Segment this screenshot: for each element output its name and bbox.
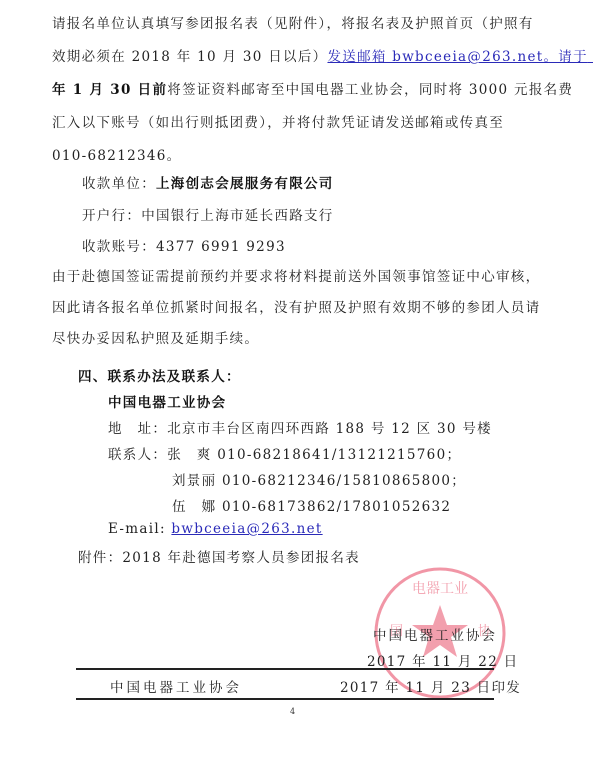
divider-bottom <box>76 698 494 700</box>
contact-org: 中国电器工业协会 <box>108 391 226 411</box>
text-line: 尽快办妥因私护照及延期手续。 <box>52 327 259 347</box>
footer-issue-date: 2017 年 11 月 23 日印发 <box>340 676 521 696</box>
footer-issuer: 中国电器工业协会 <box>110 676 242 696</box>
contact-person-2: 刘景丽 010-68212346/15810865800； <box>172 469 466 489</box>
text-line: 请报名单位认真填写参团报名表（见附件），将报名表及护照首页（护照有 <box>52 12 534 32</box>
text-line: 010-68212346。 <box>52 144 181 164</box>
text-line: 汇入以下账号（如出行则抵团费），并将付款凭证请发送邮箱或传真至 <box>52 111 504 131</box>
signature-date: 2017 年 11 月 22 日 <box>367 650 518 670</box>
svg-text:电器工业: 电器工业 <box>412 580 468 597</box>
payee-line: 收款单位：上海创志会展服务有限公司 <box>82 172 334 192</box>
payee-value: 上海创志会展服务有限公司 <box>156 176 334 192</box>
payee-label: 收款单位： <box>82 176 156 192</box>
text-segment: 将签证资料邮寄至中国电器工业协会，同时将 3000 元报名费 <box>167 82 573 98</box>
text-line: 因此请各报名单位抓紧时间报名，没有护照及护照有效期不够的参团人员请 <box>52 296 540 316</box>
text-line: 效期必须在 2018 年 10 月 30 日以后）发送邮箱 bwbceeia@2… <box>52 45 593 65</box>
text-line: 年 1 月 30 日前将签证资料邮寄至中国电器工业协会，同时将 3000 元报名… <box>52 78 573 98</box>
page-number: 4 <box>290 707 295 716</box>
signature-org: 中国电器工业协会 <box>373 624 497 644</box>
divider-top <box>76 668 494 670</box>
account-line: 收款账号：4377 6991 9293 <box>82 235 286 255</box>
email-link[interactable]: 发送邮箱 bwbceeia@263.net。请于 <box>327 49 587 65</box>
deadline-date: 年 1 月 30 日前 <box>52 82 167 98</box>
email-line: E-mail: bwbceeia@263.net <box>108 521 323 537</box>
deadline-year[interactable]: 2018 <box>588 49 593 65</box>
email-label: E-mail: <box>108 521 171 537</box>
contact-person-3: 伍 娜 010-68173862/17801052632 <box>172 495 451 515</box>
contact-person-1: 联系人：张 爽 010-68218641/13121215760； <box>108 443 461 463</box>
attachment-line: 附件：2018 年赴德国考察人员参团报名表 <box>78 546 360 566</box>
bank-line: 开户行：中国银行上海市延长西路支行 <box>82 204 334 224</box>
section-heading: 四、联系办法及联系人： <box>78 365 241 385</box>
text-segment: 效期必须在 2018 年 10 月 30 日以后） <box>52 49 327 65</box>
address-line: 地 址：北京市丰台区南四环西路 188 号 12 区 30 号楼 <box>108 417 492 437</box>
email-link[interactable]: bwbceeia@263.net <box>171 521 322 537</box>
text-line: 由于赴德国签证需提前预约并要求将材料提前送外国领事馆签证中心审核， <box>52 265 540 285</box>
